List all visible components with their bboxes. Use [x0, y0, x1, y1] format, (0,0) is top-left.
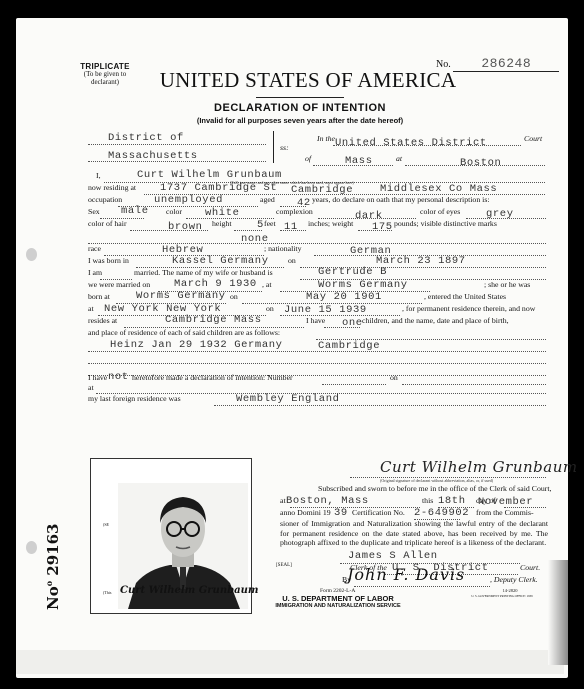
child-2-line [88, 352, 546, 364]
binder-hole-top [26, 248, 37, 261]
children-label: children, and the name, date and place o… [362, 316, 509, 325]
have-label: I have [306, 316, 325, 325]
nationality-label: ; nationality [264, 244, 301, 253]
court-name-value: United States District [335, 137, 487, 149]
court-at-value: Boston [460, 157, 501, 169]
anno-year-value: 39 [334, 507, 348, 519]
marks-line [88, 232, 546, 244]
page-curl-shadow [548, 560, 568, 665]
photo-signature: Curt Wilhelm Grunbaum [120, 585, 258, 596]
residing-label: now residing at [88, 183, 136, 192]
color-value: white [205, 207, 240, 219]
title-divider [256, 97, 344, 98]
married-label-post: married. The name of my wife or husband … [134, 268, 273, 277]
entry-at-label: at [88, 304, 94, 313]
of-label: of [305, 154, 311, 163]
clerk-name-value: James S Allen [348, 550, 438, 562]
pounds-label: pounds; visible distinctive marks [394, 219, 497, 228]
prior-at-label: at [88, 383, 94, 392]
attest-place-value: Boston, Mass [286, 495, 369, 507]
form-code: 14-2820 [480, 588, 540, 593]
occupation-value: unemployed [154, 194, 223, 206]
cert-no-label: No [44, 586, 62, 610]
anno-label: anno Domini 19 [280, 508, 331, 517]
spouse-residence-value: Cambridge Mass [165, 314, 262, 326]
form-title: DECLARATION OF INTENTION [150, 102, 450, 114]
height-label: height [212, 219, 232, 228]
photo-seal-caption: (SE [103, 522, 109, 527]
certificate-number: Noo 29163 [44, 530, 64, 610]
sex-label: Sex [88, 207, 100, 216]
race-label: race [88, 244, 101, 253]
born-label: I was born in [88, 256, 129, 265]
printer-credit: U. S. GOVERNMENT PRINTING OFFICE: 1939 [457, 594, 547, 598]
years-text: years, do declare on oath that my person… [312, 195, 548, 204]
declarant-signature-line [350, 466, 546, 478]
triplicate-note: (To be given to declarant) [72, 71, 138, 86]
children-intro-line [316, 328, 546, 340]
entered-label: , entered the United States [424, 292, 506, 301]
spouse-born-on-label: on [230, 292, 238, 301]
from-label: from the Commis- [476, 508, 534, 517]
seal-label: [SEAL] [276, 563, 292, 568]
deputy-label: , Deputy Clerk. [490, 575, 538, 584]
attest-at-label: at [280, 496, 286, 505]
sex-value: male [121, 205, 149, 217]
feet-label: feet [264, 219, 276, 228]
validity-note: (Invalid for all purposes seven years af… [120, 116, 480, 125]
department-name: U. S. DEPARTMENT OF LABOR [278, 594, 398, 603]
child-1-residence: Cambridge [318, 340, 380, 352]
birth-on-label: on [288, 256, 296, 265]
permanent-label: , for permanent residence therein, and n… [402, 304, 535, 313]
address-county-state: Middlesex Co Mass [380, 183, 497, 195]
cert-no-value: 29163 [44, 524, 62, 576]
signature-caption: (Original signature of declarant without… [380, 478, 493, 483]
birth-date-value: March 23 1897 [376, 255, 466, 267]
clerk-court-label: Court. [520, 563, 540, 572]
district-line-1-value: District of [108, 132, 184, 144]
court-label: Court [524, 134, 542, 143]
spouse-born-label: ; she or he was [484, 280, 530, 289]
attest-this-label: this [422, 496, 433, 505]
page-title: UNITED STATES OF AMERICA [158, 68, 458, 93]
i-label: I, [96, 171, 101, 180]
child-1-value: Heinz Jan 29 1932 Germany [110, 339, 283, 351]
eyes-label: color of eyes [420, 207, 460, 216]
married-status-line [100, 268, 132, 280]
copy-designation: TRIPLICATE (To be given to declarant) [72, 63, 138, 86]
last-residence-value: Wembley England [236, 393, 340, 405]
married-on-label: we were married on [88, 280, 150, 289]
resides-label: resides at [88, 316, 117, 325]
spouse-birthplace-value: Worms Germany [136, 290, 226, 302]
hair-label: color of hair [88, 219, 127, 228]
underlying-page [16, 650, 564, 674]
cert-number-value: 2-649902 [414, 507, 469, 519]
spouse-entry-on-label: on [266, 304, 274, 313]
ss-label: ss: [280, 143, 289, 152]
inches-label: inches; weight [308, 219, 353, 228]
spouse-entry-date-value: June 15 1939 [284, 304, 367, 316]
prior-decl-post: heretofore made a declaration of intenti… [132, 373, 293, 382]
aged-label: aged [260, 195, 275, 204]
complexion-label: complexion [276, 207, 313, 216]
marriage-at-label: , at [262, 280, 272, 289]
spouse-value: Gertrude B [318, 266, 387, 278]
photo-this-caption: (This [103, 590, 111, 595]
attestation-body: sioner of Immigration and Naturalization… [280, 519, 548, 548]
last-residence-label: my last foreign residence was [88, 394, 181, 403]
birthplace-value: Kassel Germany [172, 255, 269, 267]
prior-decl-pre: I have [88, 373, 107, 382]
address-street: 1737 Cambridge St [160, 182, 277, 194]
children-intro: and place of residence of each of said c… [88, 328, 280, 337]
binder-hole-bottom [26, 541, 37, 554]
subscribed-text: Subscribed and sworn to before me in the… [318, 484, 552, 493]
district-line-2-value: Massachusetts [108, 150, 198, 162]
court-of-value: Mass [345, 155, 373, 167]
cert-label: Certification No. [352, 508, 405, 517]
prior-on-label: on [390, 373, 398, 382]
color-label: color [166, 207, 182, 216]
born-at-label: born at [88, 292, 110, 301]
number-value: 286248 [453, 56, 559, 72]
at-label: at [396, 154, 402, 163]
venue-bracket [268, 131, 274, 163]
deputy-signature: John F. Davis [347, 565, 465, 584]
marriage-place-value: Worms Germany [318, 279, 408, 291]
spouse-birth-date-value: May 20 1901 [306, 291, 382, 303]
service-name: IMMIGRATION AND NATURALIZATION SERVICE [248, 603, 428, 609]
attest-month-value: November [478, 496, 533, 508]
attest-day-value: 18th [438, 495, 466, 507]
marriage-date-value: March 9 1930 [174, 278, 257, 290]
height-feet-value: 5 [257, 219, 264, 231]
